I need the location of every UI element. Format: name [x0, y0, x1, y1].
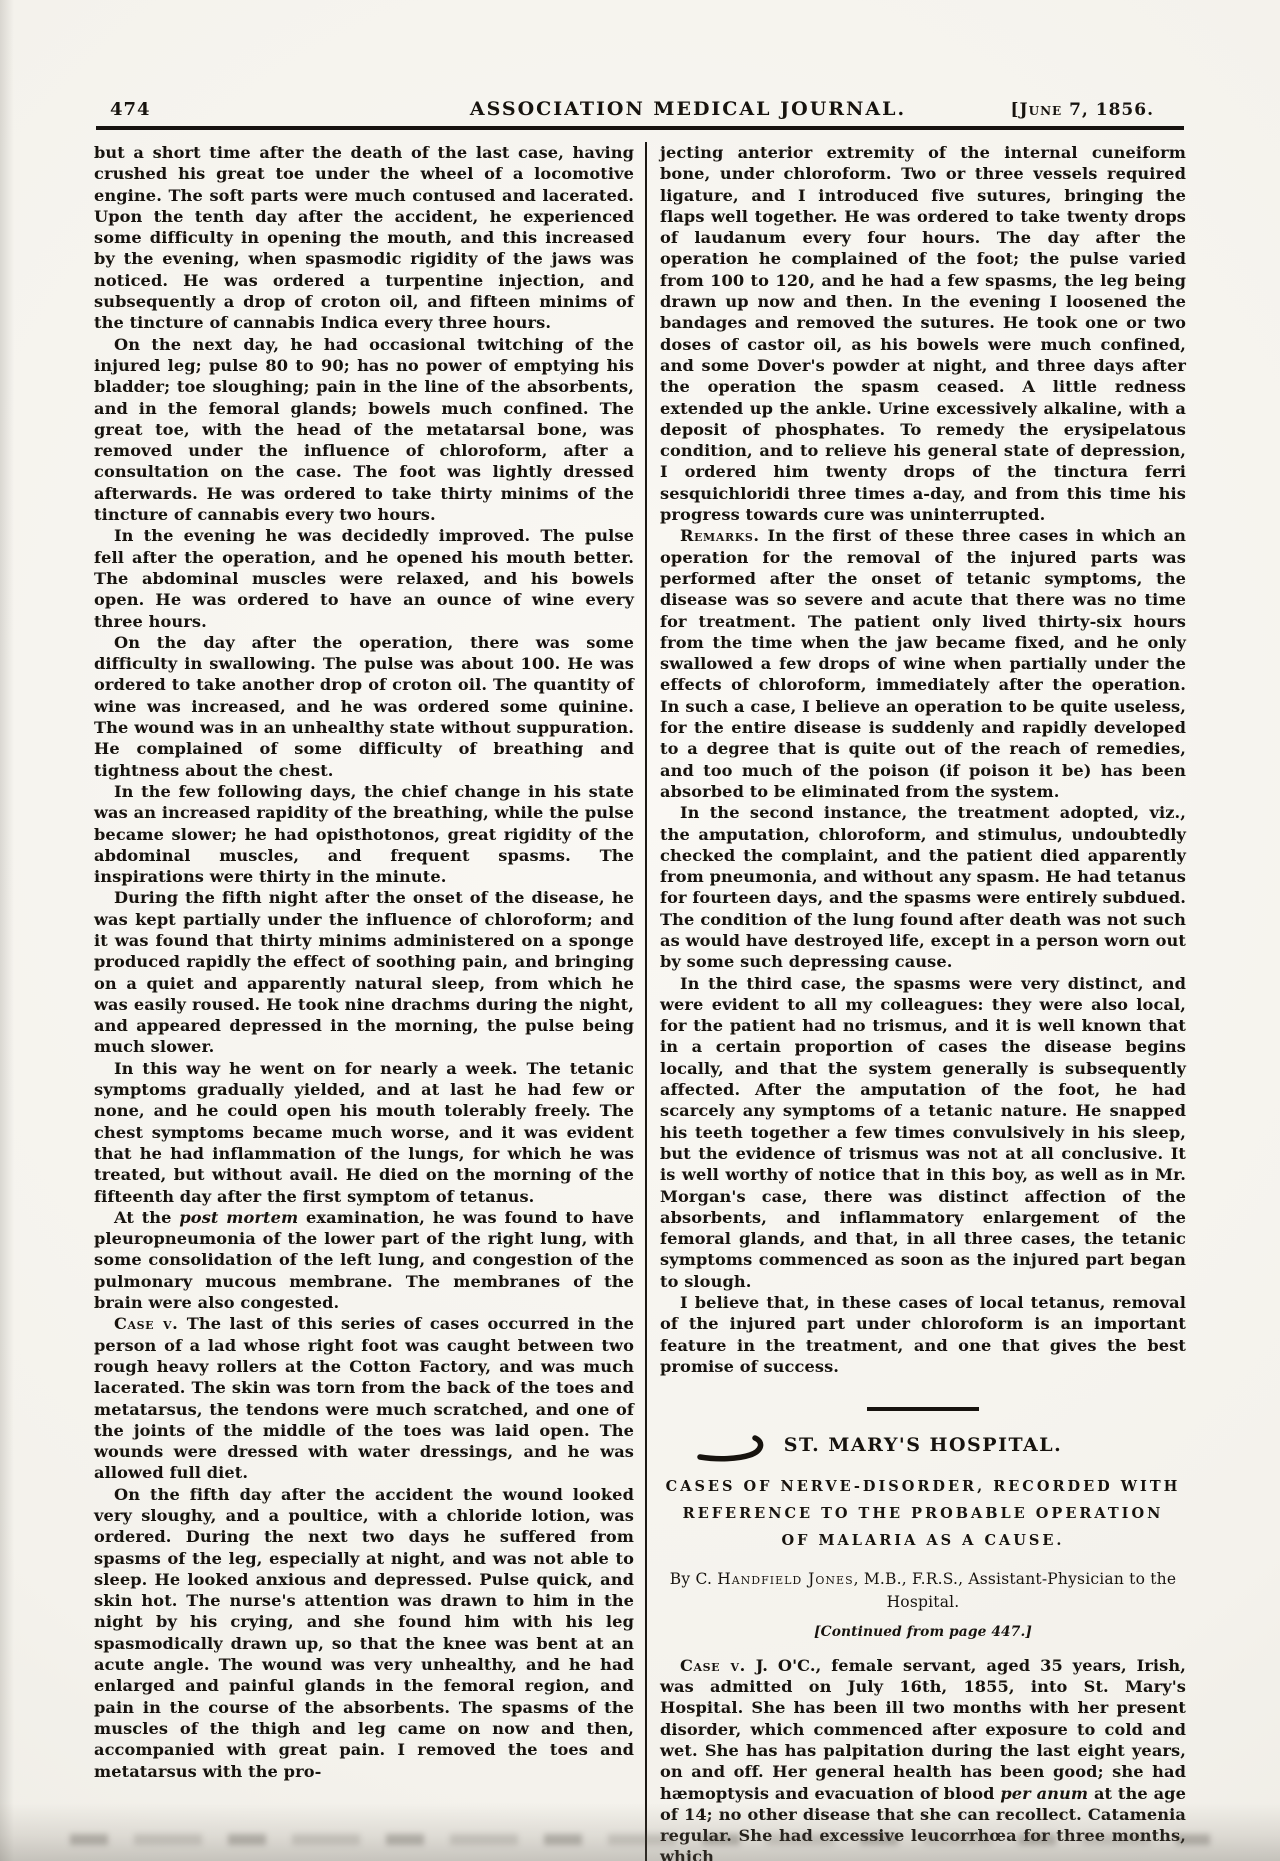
article-continuation: jecting anterior extremity of the intern…	[660, 142, 1186, 1377]
paragraph: jecting anterior extremity of the intern…	[660, 142, 1186, 525]
paragraph: In the few following days, the chief cha…	[94, 781, 634, 887]
paragraph: In the third case, the spasms were very …	[660, 973, 1186, 1292]
paragraph: In the evening he was decidedly improved…	[94, 525, 634, 631]
paragraph: but a short time after the death of the …	[94, 142, 634, 334]
issue-date: [June 7, 1856.	[858, 100, 1180, 120]
paragraph: Case v. The last of this series of cases…	[94, 1313, 634, 1483]
italic-text: per anum	[1000, 1784, 1088, 1803]
paragraph: In this way he went on for nearly a week…	[94, 1058, 634, 1207]
right-column: jecting anterior extremity of the intern…	[647, 142, 1186, 1861]
paragraph: By C. Handfield Jones, M.B., F.R.S., Ass…	[660, 1568, 1186, 1614]
hospital-heading-row: ST. MARY'S HOSPITAL.	[660, 1435, 1186, 1456]
paragraph: At the post mortem examination, he was f…	[94, 1207, 634, 1313]
byline: By C. Handfield Jones, M.B., F.R.S., Ass…	[660, 1568, 1186, 1614]
text-columns: but a short time after the death of the …	[94, 142, 1186, 1861]
article-title-line: REFERENCE TO THE PROBABLE OPERATION	[660, 1500, 1186, 1527]
paragraph: On the day after the operation, there wa…	[94, 632, 634, 781]
article-title-line: CASES OF NERVE-DISORDER, RECORDED WITH	[660, 1473, 1186, 1500]
italic-text: post mortem	[179, 1208, 298, 1227]
left-column: but a short time after the death of the …	[94, 142, 645, 1861]
scan-artifact-bottom	[0, 1803, 1280, 1861]
hospital-heading: ST. MARY'S HOSPITAL.	[784, 1435, 1063, 1456]
continued-note: [Continued from page 447.]	[660, 1622, 1186, 1643]
paragraph: Remarks. In the first of these three cas…	[660, 525, 1186, 802]
small-caps-text: Handfield Jones	[717, 1570, 853, 1588]
page-header: 474 ASSOCIATION MEDICAL JOURNAL. [June 7…	[94, 98, 1186, 126]
paragraph: In the second instance, the treatment ad…	[660, 802, 1186, 972]
small-caps-text: Case v.	[114, 1314, 178, 1333]
small-caps-text: Remarks.	[680, 526, 760, 545]
section-separator-rule	[867, 1407, 979, 1411]
paragraph: On the next day, he had occasional twitc…	[94, 334, 634, 526]
paragraph: On the fifth day after the accident the …	[94, 1484, 634, 1782]
small-caps-text: Case v.	[680, 1656, 746, 1675]
article-title: CASES OF NERVE-DISORDER, RECORDED WITHRE…	[660, 1473, 1186, 1554]
ink-stroke-mark	[696, 1435, 768, 1465]
header-rule	[96, 126, 1184, 130]
article-title-line: OF MALARIA AS A CAUSE.	[660, 1527, 1186, 1554]
journal-page: 474 ASSOCIATION MEDICAL JOURNAL. [June 7…	[0, 0, 1280, 1861]
paragraph: I believe that, in these cases of local …	[660, 1292, 1186, 1377]
paragraph: During the fifth night after the onset o…	[94, 887, 634, 1057]
page-number: 474	[100, 99, 422, 120]
journal-title: ASSOCIATION MEDICAL JOURNAL.	[470, 98, 906, 120]
page-body: 474 ASSOCIATION MEDICAL JOURNAL. [June 7…	[94, 0, 1186, 1861]
scan-edge-shadow	[0, 0, 14, 1861]
